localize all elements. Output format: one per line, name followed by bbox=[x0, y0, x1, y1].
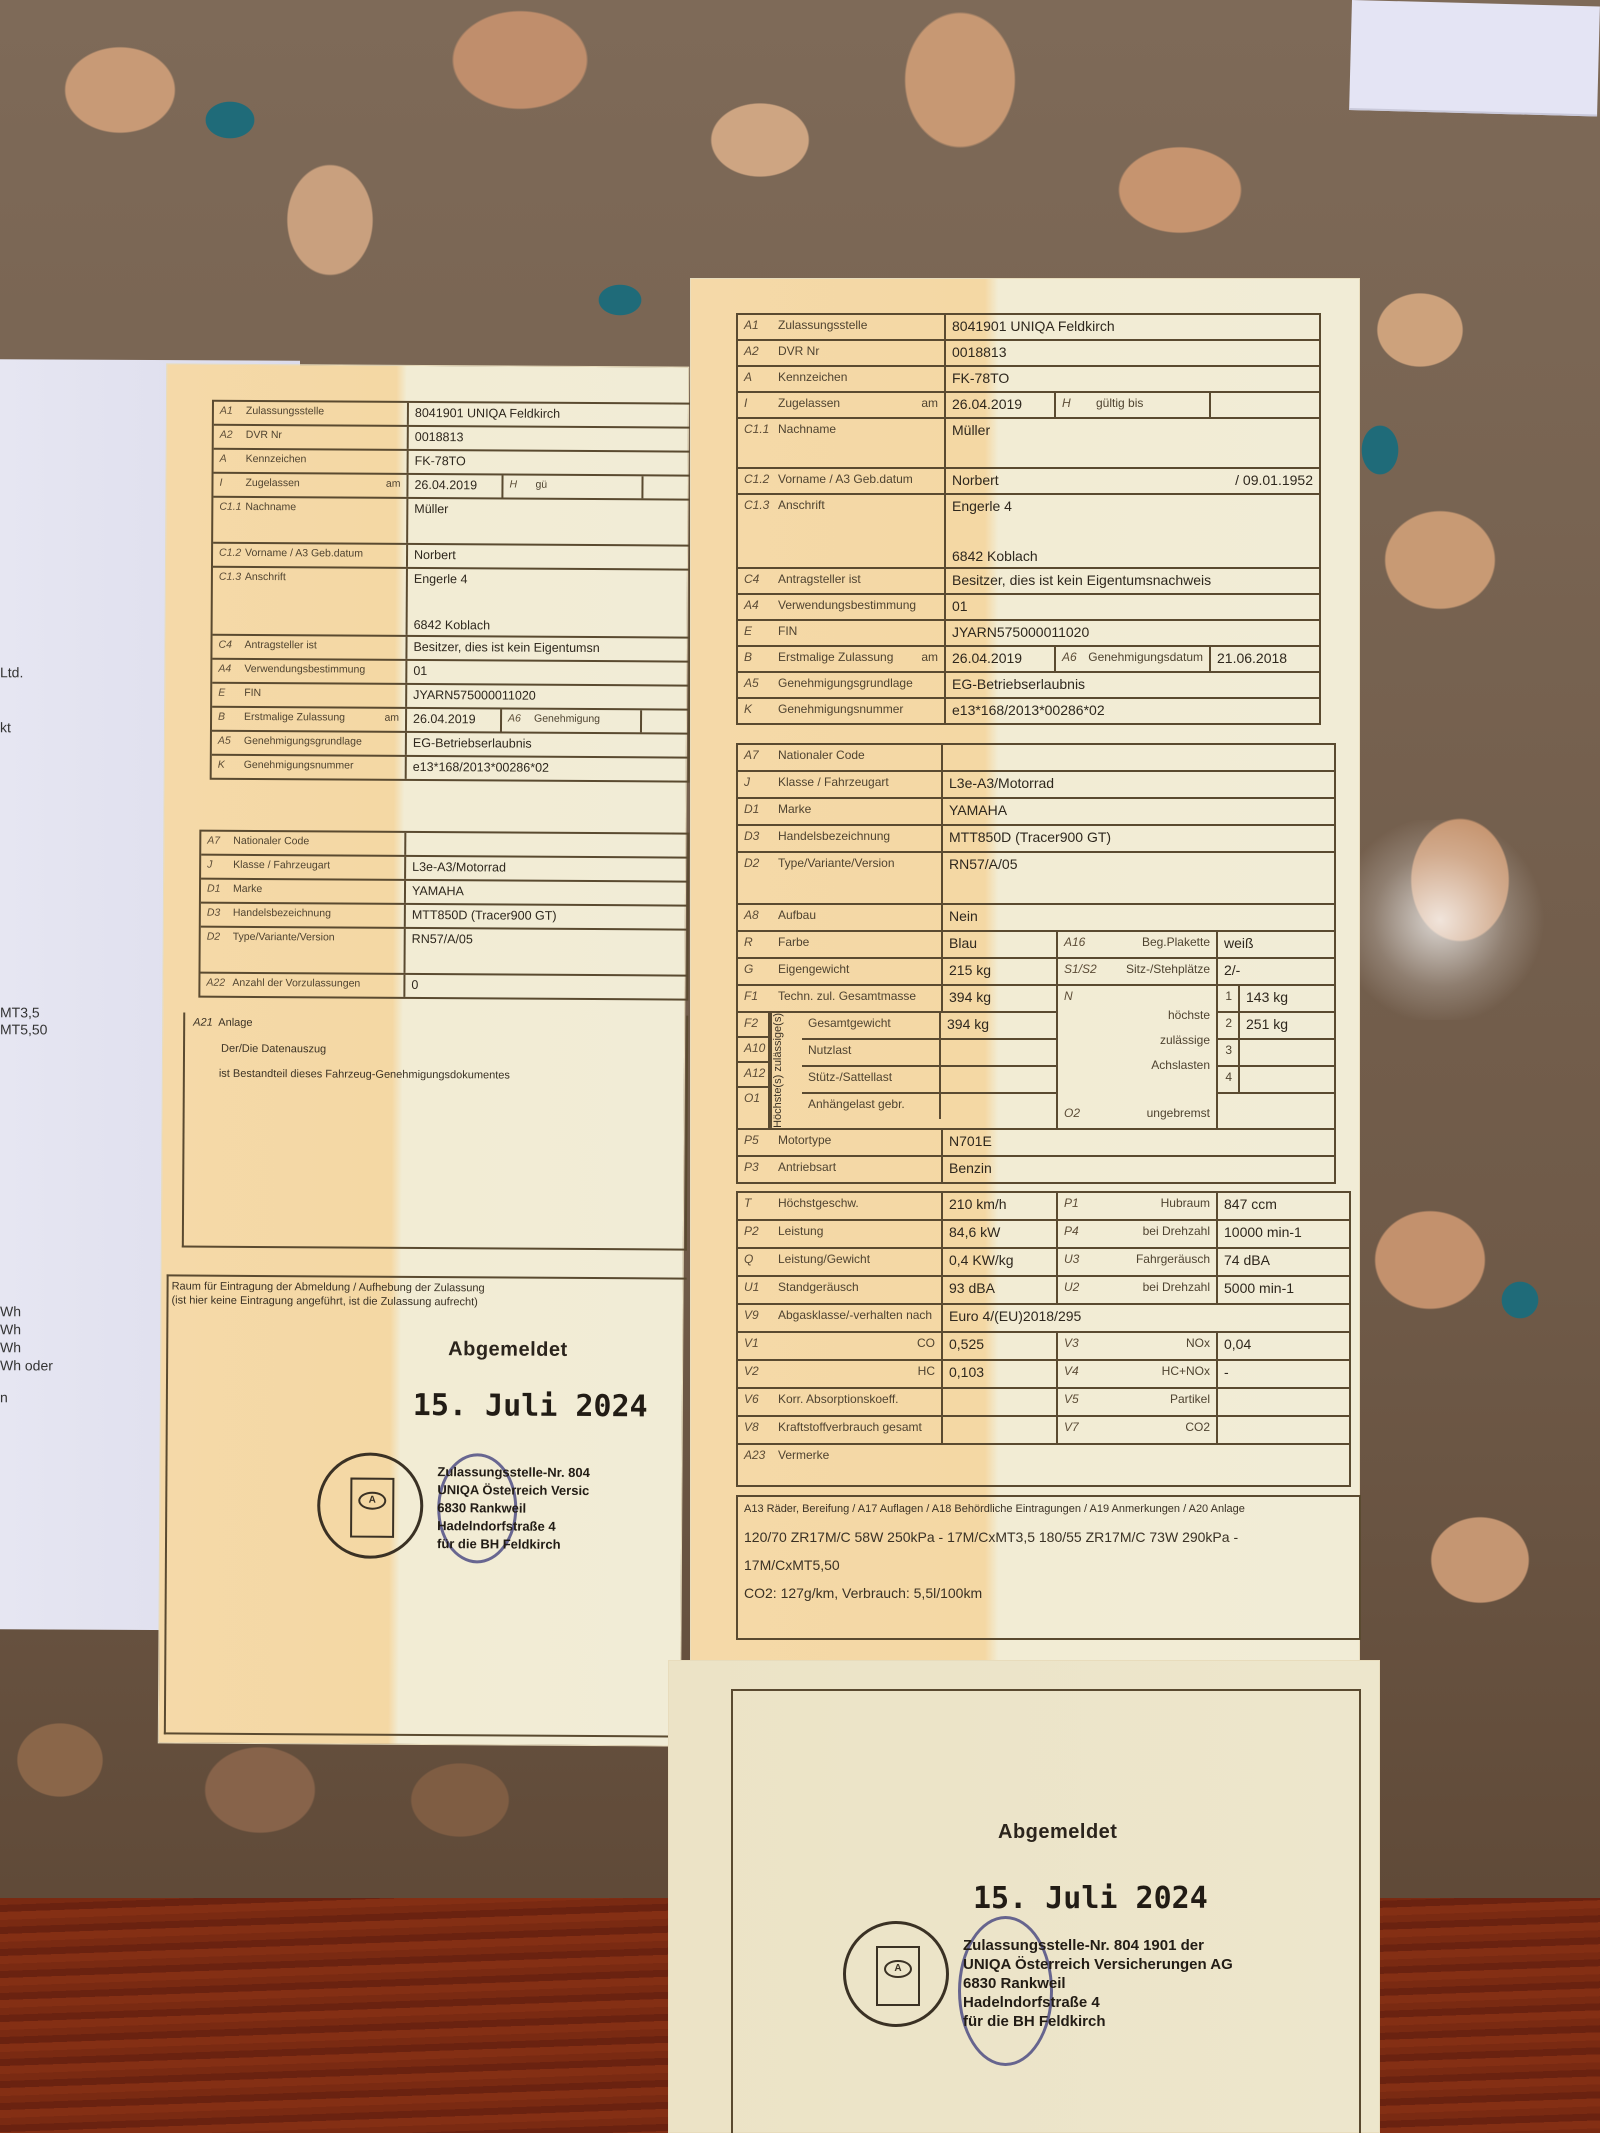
field-label-text: Marke bbox=[778, 802, 811, 816]
field-label: BErstmalige Zulassungam bbox=[738, 647, 946, 671]
field-code: C1.3 bbox=[744, 498, 778, 512]
field-label: P5Motortype bbox=[738, 1130, 943, 1155]
field-code: P4 bbox=[1064, 1224, 1098, 1238]
form-row: EFINJYARN575000011020 bbox=[738, 621, 1319, 647]
field-value: FK-78TO bbox=[409, 451, 690, 475]
field-code: A7 bbox=[207, 835, 233, 847]
address-city: 6842 Koblach bbox=[952, 548, 1038, 564]
form-row: A2DVR Nr0018813 bbox=[214, 426, 690, 453]
field-label: IZugelassenam bbox=[738, 393, 946, 417]
left-abmeldung-box: Raum für Eintragung der Abmeldung / Aufh… bbox=[164, 1274, 687, 1737]
fragment-text: Ltd. bbox=[0, 664, 23, 680]
field-code: I bbox=[219, 477, 245, 489]
field-label: S1/S2Sitz-/Stehplätze bbox=[1058, 959, 1218, 984]
field-code: O2 bbox=[1064, 1106, 1098, 1120]
field-label-text: Handelsbezeichnung bbox=[233, 907, 331, 920]
form-row: A7Nationaler Code bbox=[738, 745, 1334, 772]
field-label: A2DVR Nr bbox=[738, 341, 946, 365]
field-label-text: ungebremst bbox=[1147, 1106, 1210, 1120]
registration-document-left: A1Zulassungsstelle8041901 UNIQA Feldkirc… bbox=[158, 363, 689, 1746]
white-paper-corner bbox=[1349, 0, 1600, 116]
field-label: AKennzeichen bbox=[214, 450, 409, 473]
field-value bbox=[1218, 1389, 1349, 1415]
field-value: JYARN575000011020 bbox=[407, 685, 688, 709]
field-code: A4 bbox=[744, 598, 778, 612]
field-label: V3NOx bbox=[1058, 1333, 1218, 1359]
axle-values: 1143 kg2251 kg34 bbox=[1218, 986, 1334, 1103]
field-label: BErstmalige Zulassungam bbox=[212, 708, 407, 731]
field-label: A7Nationaler Code bbox=[201, 832, 406, 855]
field-value bbox=[1240, 1067, 1334, 1092]
field-label-text: Leistung/Gewicht bbox=[778, 1252, 870, 1266]
field-code: K bbox=[744, 702, 778, 716]
form-row: C1.2Vorname / A3 Geb.datumNorbert bbox=[213, 544, 689, 571]
field-label-text: Genehmigungsnummer bbox=[778, 702, 903, 716]
field-value: e13*168/2013*00286*02 bbox=[946, 699, 1319, 723]
field-label-text: Zulassungsstelle bbox=[778, 318, 867, 332]
field-value: Norbert bbox=[408, 545, 689, 569]
axle-number: 3 bbox=[1218, 1040, 1240, 1065]
field-label: Stütz-/Sattellast bbox=[802, 1067, 941, 1092]
field-value bbox=[943, 1417, 1058, 1443]
fragment-text: n bbox=[0, 1389, 8, 1405]
field-label-text: Abgasklasse/-verhalten nach bbox=[778, 1308, 932, 1322]
field-label: P1Hubraum bbox=[1058, 1193, 1218, 1219]
field-code: V3 bbox=[1064, 1336, 1098, 1350]
field-label-text: Nachname bbox=[778, 422, 836, 436]
austria-a-icon: A bbox=[358, 1492, 386, 1510]
field-value: YAMAHA bbox=[406, 881, 687, 905]
field-label: A7Nationaler Code bbox=[738, 745, 943, 770]
field-value: MTT850D (Tracer900 GT) bbox=[406, 905, 687, 929]
field-code: D3 bbox=[744, 829, 778, 843]
field-label-text: Type/Variante/Version bbox=[233, 931, 335, 944]
field-value: 10000 min-1 bbox=[1218, 1221, 1349, 1247]
field-value: 8041901 UNIQA Feldkirch bbox=[409, 403, 690, 427]
field-code: D2 bbox=[744, 856, 778, 870]
field-label: KGenehmigungsnummer bbox=[212, 756, 407, 779]
field-value bbox=[406, 833, 687, 857]
authorization-round-stamp: A bbox=[317, 1452, 424, 1559]
field-label: AKennzeichen bbox=[738, 367, 946, 391]
abgemeldet-stamp: Abgemeldet bbox=[998, 1821, 1117, 1844]
fragment-text: MT5,50 bbox=[0, 1021, 47, 1037]
field-code: C1.2 bbox=[744, 472, 778, 486]
form-row: D3HandelsbezeichnungMTT850D (Tracer900 G… bbox=[738, 826, 1334, 853]
field-label: A2DVR Nr bbox=[214, 426, 409, 449]
left-holder-section: A1Zulassungsstelle8041901 UNIQA Feldkirc… bbox=[210, 400, 692, 783]
field-label: JKlasse / Fahrzeugart bbox=[201, 856, 406, 879]
form-row: KGenehmigungsnummere13*168/2013*00286*02 bbox=[738, 699, 1319, 723]
field-value: EG-Betriebserlaubnis bbox=[946, 673, 1319, 697]
field-code: A2 bbox=[744, 344, 778, 358]
field-value: Müller bbox=[408, 499, 689, 545]
field-code: V8 bbox=[744, 1420, 778, 1434]
field-value: 210 km/h bbox=[943, 1193, 1058, 1219]
field-label-text: Fahrgeräusch bbox=[1136, 1252, 1210, 1266]
field-label-text: Korr. Absorptionskoeff. bbox=[778, 1392, 899, 1406]
form-row: V2HC0,103V4HC+NOx- bbox=[738, 1361, 1349, 1389]
field-value: 251 kg bbox=[1240, 1013, 1334, 1038]
axle-number: 4 bbox=[1218, 1067, 1240, 1092]
field-label-text: Farbe bbox=[778, 935, 809, 949]
left-a21-section: A21 Anlage Der/Die Datenauszug ist Besta… bbox=[182, 1013, 688, 1251]
field-value: 84,6 kW bbox=[943, 1221, 1058, 1247]
field-code: A23 bbox=[744, 1448, 778, 1462]
field-code: C4 bbox=[744, 572, 778, 586]
field-label: IZugelassenam bbox=[213, 474, 408, 497]
field-code: D1 bbox=[207, 883, 233, 895]
field-label: A23Vermerke bbox=[738, 1445, 943, 1485]
field-label: V4HC+NOx bbox=[1058, 1361, 1218, 1387]
field-code: A bbox=[744, 370, 778, 384]
form-row: KGenehmigungsnummere13*168/2013*00286*02 bbox=[212, 756, 688, 781]
extra-value bbox=[643, 476, 689, 498]
form-row: Gesamtgewicht394 kg bbox=[802, 1013, 1056, 1040]
field-value: 143 kg bbox=[1240, 986, 1334, 1011]
field-code: A7 bbox=[744, 748, 778, 762]
field-label: EFIN bbox=[738, 621, 946, 645]
field-label: P4bei Drehzahl bbox=[1058, 1221, 1218, 1247]
field-value: Benzin bbox=[943, 1157, 1334, 1182]
max-permissible-block: F2A10A12O1Höchste(s) zulässige(s)Gesamtg… bbox=[738, 1013, 1056, 1128]
field-label-text: gültig bis bbox=[1096, 396, 1143, 410]
fragment-text: kt bbox=[0, 719, 11, 735]
form-row: A22Anzahl der Vorzulassungen0 bbox=[200, 974, 686, 999]
axle-top: NhöchstezulässigeAchslasten1143 kg2251 k… bbox=[1058, 986, 1334, 1103]
field-label-text: Partikel bbox=[1170, 1392, 1210, 1406]
form-row: JKlasse / FahrzeugartL3e-A3/Motorrad bbox=[738, 772, 1334, 799]
field-label: D1Marke bbox=[738, 799, 943, 824]
field-label-text: Anzahl der Vorzulassungen bbox=[232, 977, 360, 990]
field-value: 26.04.2019 bbox=[407, 709, 502, 732]
field-label-text: Standgeräusch bbox=[778, 1280, 859, 1294]
field-value: 93 dBA bbox=[943, 1277, 1058, 1303]
field-code: A16 bbox=[1064, 935, 1098, 949]
field-value: RN57/A/05 bbox=[943, 853, 1334, 903]
field-value: Norbert/ 09.01.1952 bbox=[946, 469, 1319, 493]
field-label: C1.2Vorname / A3 Geb.datum bbox=[738, 469, 946, 493]
field-label: C1.2Vorname / A3 Geb.datum bbox=[213, 544, 408, 567]
field-value: 2/- bbox=[1218, 959, 1334, 984]
fragment-text: Wh bbox=[0, 1339, 21, 1355]
extra-label: A6Genehmigungsdatum bbox=[1056, 647, 1211, 671]
axle-number: 2 bbox=[1218, 1013, 1240, 1038]
field-label-text: FIN bbox=[778, 624, 797, 638]
form-row: A4Verwendungsbestimmung01 bbox=[212, 660, 688, 687]
field-code: D1 bbox=[744, 802, 778, 816]
field-value bbox=[1218, 1417, 1349, 1443]
field-label-text: bei Drehzahl bbox=[1143, 1224, 1210, 1238]
field-value: 26.04.2019 bbox=[946, 647, 1056, 671]
field-label-text: Beg.Plakette bbox=[1142, 935, 1210, 949]
field-label: C1.1Nachname bbox=[213, 498, 408, 543]
form-row: THöchstgeschw.210 km/hP1Hubraum847 ccm bbox=[738, 1193, 1349, 1221]
field-value: 394 kg bbox=[941, 1013, 1056, 1038]
field-value: - bbox=[1218, 1361, 1349, 1387]
field-label-text: Aufbau bbox=[778, 908, 816, 922]
field-label-text: Zulassungsstelle bbox=[246, 405, 324, 417]
extra-label: A6Genehmigung bbox=[502, 709, 642, 732]
field-value bbox=[941, 1094, 1056, 1119]
field-label-text: Kraftstoffverbrauch gesamt bbox=[778, 1420, 922, 1434]
field-value: Blau bbox=[943, 932, 1058, 957]
field-label: O2ungebremst bbox=[1058, 1103, 1218, 1128]
field-label-text: Verwendungsbestimmung bbox=[244, 663, 365, 676]
field-code: V1 bbox=[744, 1336, 778, 1350]
form-row: Nutzlast bbox=[802, 1040, 1056, 1067]
field-code: A12 bbox=[744, 1066, 765, 1080]
field-value bbox=[943, 1389, 1058, 1415]
field-label: A4Verwendungsbestimmung bbox=[212, 660, 407, 683]
field-value: 394 kg bbox=[943, 986, 1056, 1011]
field-label: U3Fahrgeräusch bbox=[1058, 1249, 1218, 1275]
field-label: D3Handelsbezeichnung bbox=[738, 826, 943, 851]
field-code: A22 bbox=[206, 977, 232, 989]
field-label-text: Höchstgeschw. bbox=[778, 1196, 859, 1210]
field-code: U1 bbox=[744, 1280, 778, 1294]
form-row: V8Kraftstoffverbrauch gesamtV7CO2 bbox=[738, 1417, 1349, 1445]
field-value: 26.04.2019 bbox=[946, 393, 1056, 417]
field-code: J bbox=[744, 775, 778, 789]
field-code: C4 bbox=[218, 639, 244, 651]
field-value: 847 ccm bbox=[1218, 1193, 1349, 1219]
field-code: C1.1 bbox=[744, 422, 778, 436]
field-label: V7CO2 bbox=[1058, 1417, 1218, 1443]
field-label: C1.3Anschrift bbox=[738, 495, 946, 567]
field-value: N701E bbox=[943, 1130, 1334, 1155]
field-label: D2Type/Variante/Version bbox=[201, 928, 406, 973]
field-label: RFarbe bbox=[738, 932, 943, 957]
form-row: A8AufbauNein bbox=[738, 905, 1334, 932]
field-value: e13*168/2013*00286*02 bbox=[407, 757, 688, 781]
field-code: V6 bbox=[744, 1392, 778, 1406]
right-technical-section: THöchstgeschw.210 km/hP1Hubraum847 ccmP2… bbox=[736, 1191, 1351, 1487]
field-code: Q bbox=[744, 1252, 778, 1266]
axle-row: 2251 kg bbox=[1218, 1013, 1334, 1040]
field-code: P3 bbox=[744, 1160, 778, 1174]
field-value: Engerle 46842 Koblach bbox=[946, 495, 1319, 567]
field-code: E bbox=[218, 687, 244, 699]
field-label-text: NOx bbox=[1186, 1336, 1210, 1350]
form-row: A5GenehmigungsgrundlageEG-Betriebserlaub… bbox=[738, 673, 1319, 699]
field-code: V5 bbox=[1064, 1392, 1098, 1406]
field-code: C1.3 bbox=[219, 571, 245, 583]
field-code: V7 bbox=[1064, 1420, 1098, 1434]
austria-a-icon: A bbox=[884, 1960, 912, 1978]
address-street: Engerle 4 bbox=[414, 572, 468, 586]
field-value: 74 dBA bbox=[1218, 1249, 1349, 1275]
field-label: Gesamtgewicht bbox=[802, 1013, 941, 1038]
field-value: L3e-A3/Motorrad bbox=[406, 857, 687, 881]
field-label: C1.3Anschrift bbox=[213, 568, 408, 635]
field-label: JKlasse / Fahrzeugart bbox=[738, 772, 943, 797]
field-value: 0,525 bbox=[943, 1333, 1058, 1359]
field-label-text: Leistung bbox=[778, 1224, 823, 1238]
field-label: A1Zulassungsstelle bbox=[738, 315, 946, 339]
field-label-text: FIN bbox=[244, 687, 261, 699]
form-row: V9Abgasklasse/-verhalten nachEuro 4/(EU)… bbox=[738, 1305, 1349, 1333]
field-code: A10 bbox=[738, 1038, 768, 1063]
a13-tyres-line1: 120/70 ZR17M/C 58W 250kPa - 17M/CxMT3,5 … bbox=[744, 1529, 1238, 1545]
field-code: N bbox=[1064, 989, 1098, 1003]
field-value bbox=[941, 1067, 1056, 1092]
field-suffix: am bbox=[384, 712, 399, 724]
field-label: A22Anzahl der Vorzulassungen bbox=[200, 974, 405, 997]
field-value: 0,4 KW/kg bbox=[943, 1249, 1058, 1275]
form-row: C4Antragsteller istBesitzer, dies ist ke… bbox=[212, 636, 688, 663]
field-label-text: Techn. zul. Gesamtmasse bbox=[778, 989, 916, 1003]
registration-document-right: A1Zulassungsstelle8041901 UNIQA Feldkirc… bbox=[690, 278, 1360, 1708]
field-value bbox=[943, 1445, 1349, 1485]
form-row: Stütz-/Sattellast bbox=[802, 1067, 1056, 1094]
field-code: A bbox=[220, 453, 246, 465]
field-code: F2 bbox=[744, 1016, 762, 1030]
stamp-address: Zulassungsstelle-Nr. 804 1901 der UNIQA … bbox=[963, 1936, 1233, 2031]
field-label: KGenehmigungsnummer bbox=[738, 699, 946, 723]
field-code: B bbox=[744, 650, 778, 664]
form-row: O2ungebremst bbox=[1058, 1103, 1334, 1128]
field-label: QLeistung/Gewicht bbox=[738, 1249, 943, 1275]
field-label-text: Antriebsart bbox=[778, 1160, 836, 1174]
field-suffix: am bbox=[921, 650, 938, 664]
field-label: V5Partikel bbox=[1058, 1389, 1218, 1415]
field-value: Besitzer, dies ist kein Eigentumsnachwei… bbox=[946, 569, 1319, 593]
field-value: weiß bbox=[1218, 932, 1334, 957]
abmeldung-title-line2: (ist hier keine Eintragung angeführt, is… bbox=[171, 1293, 484, 1309]
form-row: QLeistung/Gewicht0,4 KW/kgU3Fahrgeräusch… bbox=[738, 1249, 1349, 1277]
field-label-text: Genehmigungsnummer bbox=[244, 759, 354, 772]
form-row: P5MotortypeN701E bbox=[738, 1130, 1334, 1157]
field-value: 0,103 bbox=[943, 1361, 1058, 1387]
field-label-text: Nachname bbox=[245, 501, 296, 513]
form-row: C1.3AnschriftEngerle 46842 Koblach bbox=[213, 568, 689, 639]
vertical-label: Höchste(s) zulässige(s) bbox=[770, 1013, 802, 1128]
field-code: V2 bbox=[744, 1364, 778, 1378]
abmeldung-date-stamp: 15. Juli 2024 bbox=[413, 1388, 648, 1424]
field-value: 26.04.2019 bbox=[408, 475, 503, 498]
field-label-text: Nationaler Code bbox=[233, 835, 309, 847]
field-value: 0018813 bbox=[409, 427, 690, 451]
field-label-text: Klasse / Fahrzeugart bbox=[233, 859, 330, 872]
field-code: T bbox=[744, 1196, 778, 1210]
field-label-text: Nationaler Code bbox=[778, 748, 865, 762]
field-label: V8Kraftstoffverbrauch gesamt bbox=[738, 1417, 943, 1443]
field-value: YAMAHA bbox=[943, 799, 1334, 824]
field-label: C4Antragsteller ist bbox=[212, 636, 407, 659]
field-label-text: gü bbox=[535, 479, 547, 491]
field-label-text: Vermerke bbox=[778, 1448, 829, 1462]
field-label: D2Type/Variante/Version bbox=[738, 853, 943, 903]
field-label-text: Antragsteller ist bbox=[244, 639, 316, 651]
field-value: JYARN575000011020 bbox=[946, 621, 1319, 645]
field-code: E bbox=[744, 624, 778, 638]
field-value: FK-78TO bbox=[946, 367, 1319, 391]
field-code: F1 bbox=[744, 989, 778, 1003]
field-value: 01 bbox=[407, 661, 688, 685]
form-row: C1.1NachnameMüller bbox=[213, 498, 689, 547]
fragment-text: Wh bbox=[0, 1303, 21, 1319]
field-code: O1 bbox=[738, 1088, 768, 1113]
field-value: Müller bbox=[946, 419, 1319, 467]
form-row: P3AntriebsartBenzin bbox=[738, 1157, 1334, 1182]
form-row: A7Nationaler Code bbox=[201, 832, 687, 859]
a21-code: A21 bbox=[193, 1017, 213, 1029]
extra-value: 21.06.2018 bbox=[1211, 647, 1319, 671]
form-row: A4Verwendungsbestimmung01 bbox=[738, 595, 1319, 621]
registration-document-abmeldung: Abgemeldet 15. Juli 2024 A Zulassungsste… bbox=[668, 1660, 1380, 2133]
field-label-text: CO2 bbox=[1185, 1420, 1210, 1434]
field-label-text: bei Drehzahl bbox=[1143, 1280, 1210, 1294]
form-row: C1.1NachnameMüller bbox=[738, 419, 1319, 469]
form-row: A1Zulassungsstelle8041901 UNIQA Feldkirc… bbox=[214, 402, 690, 429]
address-street: Engerle 4 bbox=[952, 498, 1012, 514]
field-label: Anhängelast gebr. bbox=[802, 1094, 941, 1119]
form-row: Anhängelast gebr. bbox=[802, 1094, 1056, 1119]
field-value bbox=[943, 745, 1334, 770]
field-label: THöchstgeschw. bbox=[738, 1193, 943, 1219]
form-row: U1Standgeräusch93 dBAU2bei Drehzahl5000 … bbox=[738, 1277, 1349, 1305]
field-label: V9Abgasklasse/-verhalten nach bbox=[738, 1305, 943, 1331]
form-row: A2DVR Nr0018813 bbox=[738, 341, 1319, 367]
right-holder-section: A1Zulassungsstelle8041901 UNIQA Feldkirc… bbox=[736, 313, 1321, 725]
form-row: C4Antragsteller istBesitzer, dies ist ke… bbox=[738, 569, 1319, 595]
field-code: I bbox=[744, 396, 778, 410]
extra-label: Hgültig bis bbox=[1056, 393, 1211, 417]
field-code: F2 bbox=[738, 1013, 768, 1038]
field-label-text: Kennzeichen bbox=[778, 370, 847, 384]
field-label-text: Kennzeichen bbox=[246, 453, 307, 465]
axle-row: 3 bbox=[1218, 1040, 1334, 1067]
abmeldung-box: Abgemeldet 15. Juli 2024 A Zulassungsste… bbox=[731, 1689, 1361, 2133]
axle-row: 4 bbox=[1218, 1067, 1334, 1094]
field-label-text: Vorname / A3 Geb.datum bbox=[778, 472, 913, 486]
field-label-text: Antragsteller ist bbox=[778, 572, 861, 586]
field-label-text: Anschrift bbox=[245, 571, 286, 583]
field-label-text: Anschrift bbox=[778, 498, 825, 512]
field-label: U1Standgeräusch bbox=[738, 1277, 943, 1303]
field-code: A1 bbox=[220, 405, 246, 417]
field-value: 0,04 bbox=[1218, 1333, 1349, 1359]
field-label: C1.1Nachname bbox=[738, 419, 946, 467]
field-label-text: Klasse / Fahrzeugart bbox=[778, 775, 889, 789]
field-label: A4Verwendungsbestimmung bbox=[738, 595, 946, 619]
a13-tyres-line2: 17M/CxMT5,50 bbox=[744, 1557, 840, 1573]
field-code: D2 bbox=[207, 931, 233, 943]
field-value bbox=[941, 1040, 1056, 1065]
field-value: Nein bbox=[943, 905, 1334, 930]
field-value: EG-Betriebserlaubnis bbox=[407, 733, 688, 757]
field-code: H bbox=[509, 479, 535, 491]
form-row: V6Korr. Absorptionskoeff.V5Partikel bbox=[738, 1389, 1349, 1417]
field-code: P2 bbox=[744, 1224, 778, 1238]
field-label-text: DVR Nr bbox=[778, 344, 819, 358]
extra-value bbox=[1211, 393, 1319, 417]
form-row: BErstmalige Zulassungam26.04.2019A6Geneh… bbox=[212, 708, 688, 735]
field-value bbox=[1218, 1103, 1334, 1128]
axle-row: 1143 kg bbox=[1218, 986, 1334, 1013]
field-code: A6 bbox=[508, 713, 534, 725]
field-value: 01 bbox=[946, 595, 1319, 619]
sub-rows: Gesamtgewicht394 kgNutzlastStütz-/Sattel… bbox=[802, 1013, 1056, 1128]
field-code: A2 bbox=[220, 429, 246, 441]
form-row: C1.3AnschriftEngerle 46842 Koblach bbox=[738, 495, 1319, 569]
form-row: RFarbeBlauA16Beg.Plaketteweiß bbox=[738, 932, 1334, 959]
left-vehicle-section: A7Nationaler CodeJKlasse / FahrzeugartL3… bbox=[198, 830, 689, 1001]
field-value: 0018813 bbox=[946, 341, 1319, 365]
weights-left: F1Techn. zul. Gesamtmasse394 kgF2A10A12O… bbox=[738, 986, 1058, 1128]
field-label: Nutzlast bbox=[802, 1040, 941, 1065]
